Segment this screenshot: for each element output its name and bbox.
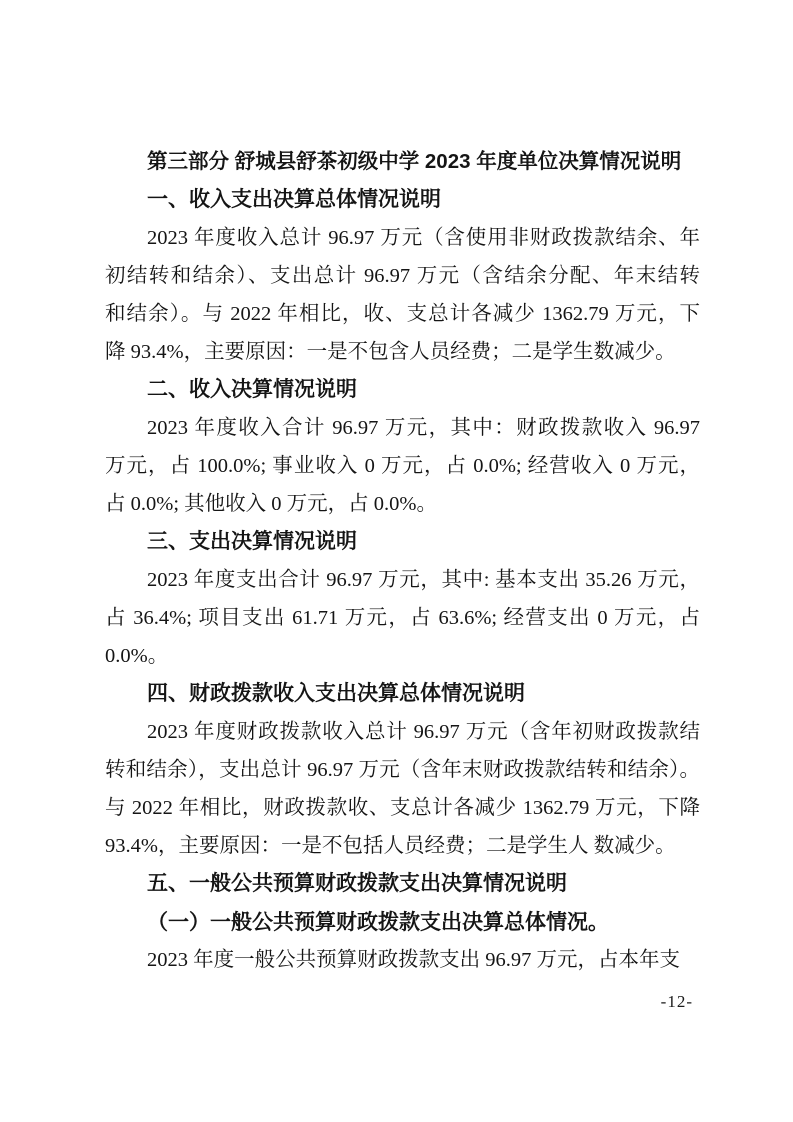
section-1-heading: 一、收入支出决算总体情况说明 bbox=[105, 181, 700, 219]
section-3-line-1: 2023 年度支出合计 96.97 万元，其中: 基本支出 35.26 万元， bbox=[105, 561, 700, 599]
section-5-heading: 五、一般公共预算财政拨款支出决算情况说明 bbox=[105, 865, 700, 903]
section-2-line-2: 万元，占 100.0%; 事业收入 0 万元，占 0.0%; 经营收入 0 万元… bbox=[105, 447, 700, 485]
section-1-line-3: 和结余）。与 2022 年相比，收、支总计各减少 1362.79 万元，下 bbox=[105, 295, 700, 333]
section-2-heading: 二、收入决算情况说明 bbox=[105, 371, 700, 409]
section-2-line-3: 占 0.0%; 其他收入 0 万元，占 0.0%。 bbox=[105, 485, 700, 523]
document-page: 第三部分 舒城县舒茶初级中学 2023 年度单位决算情况说明 一、收入支出决算总… bbox=[0, 0, 793, 1122]
section-4-line-4: 93.4%，主要原因：一是不包括人员经费；二是学生人 数减少。 bbox=[105, 827, 700, 865]
section-2-line-1: 2023 年度收入合计 96.97 万元，其中：财政拨款收入 96.97 bbox=[105, 409, 700, 447]
section-4-line-1: 2023 年度财政拨款收入总计 96.97 万元（含年初财政拨款结 bbox=[105, 713, 700, 751]
section-3-line-3: 0.0%。 bbox=[105, 637, 700, 675]
section-1-line-2: 初结转和结余）、支出总计 96.97 万元（含结余分配、年末结转 bbox=[105, 257, 700, 295]
section-5-subheading: （一）一般公共预算财政拨款支出决算总体情况。 bbox=[105, 903, 700, 941]
section-3-heading: 三、支出决算情况说明 bbox=[105, 523, 700, 561]
section-3-line-2: 占 36.4%; 项目支出 61.71 万元，占 63.6%; 经营支出 0 万… bbox=[105, 599, 700, 637]
section-4-line-3: 与 2022 年相比，财政拨款收、支总计各减少 1362.79 万元，下降 bbox=[105, 789, 700, 827]
section-1-line-1: 2023 年度收入总计 96.97 万元（含使用非财政拨款结余、年 bbox=[105, 219, 700, 257]
page-number: -12- bbox=[661, 991, 693, 1013]
section-4-line-2: 转和结余），支出总计 96.97 万元（含年末财政拨款结转和结余）。 bbox=[105, 751, 700, 789]
section-1-line-4: 降 93.4%，主要原因：一是不包含人员经费；二是学生数减少。 bbox=[105, 333, 700, 371]
document-body: 第三部分 舒城县舒茶初级中学 2023 年度单位决算情况说明 一、收入支出决算总… bbox=[105, 143, 700, 979]
section-4-heading: 四、财政拨款收入支出决算总体情况说明 bbox=[105, 675, 700, 713]
section-5-line-1: 2023 年度一般公共预算财政拨款支出 96.97 万元，占本年支 bbox=[105, 941, 700, 979]
document-title: 第三部分 舒城县舒茶初级中学 2023 年度单位决算情况说明 bbox=[105, 143, 700, 181]
